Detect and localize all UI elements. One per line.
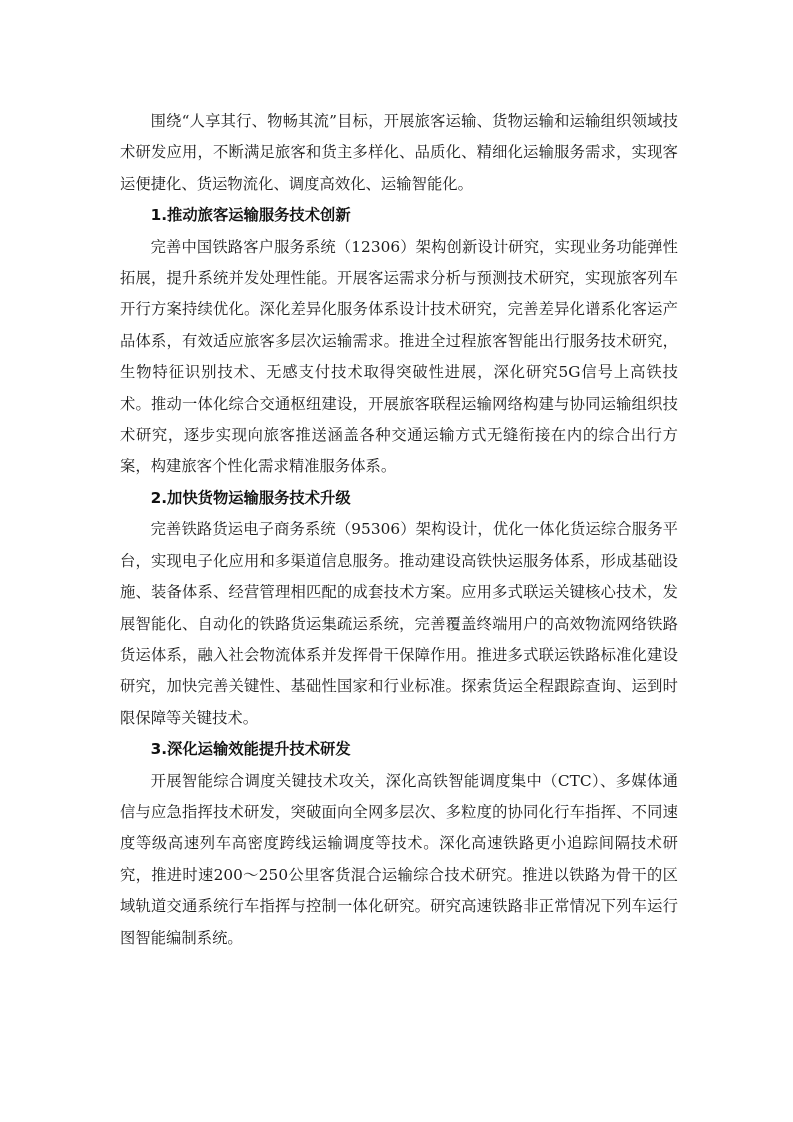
section-heading-freight: 2.加快货物运输服务技术升级 [120,483,678,514]
section-body-passenger: 完善中国铁路客户服务系统（12306）架构创新设计研究，实现业务功能弹性拓展，提… [120,232,678,483]
section-heading-efficiency: 3.深化运输效能提升技术研发 [120,734,678,765]
section-body-freight: 完善铁路货运电子商务系统（95306）架构设计，优化一体化货运综合服务平台，实现… [120,514,678,734]
intro-paragraph: 围绕“人享其行、物畅其流”目标，开展旅客运输、货物运输和运输组织领域技术研发应用… [120,106,678,200]
document-page: 围绕“人享其行、物畅其流”目标，开展旅客运输、货物运输和运输组织领域技术研发应用… [120,106,678,954]
section-heading-passenger: 1.推动旅客运输服务技术创新 [120,200,678,231]
section-body-efficiency: 开展智能综合调度关键技术攻关，深化高铁智能调度集中（CTC）、多媒体通信与应急指… [120,766,678,954]
